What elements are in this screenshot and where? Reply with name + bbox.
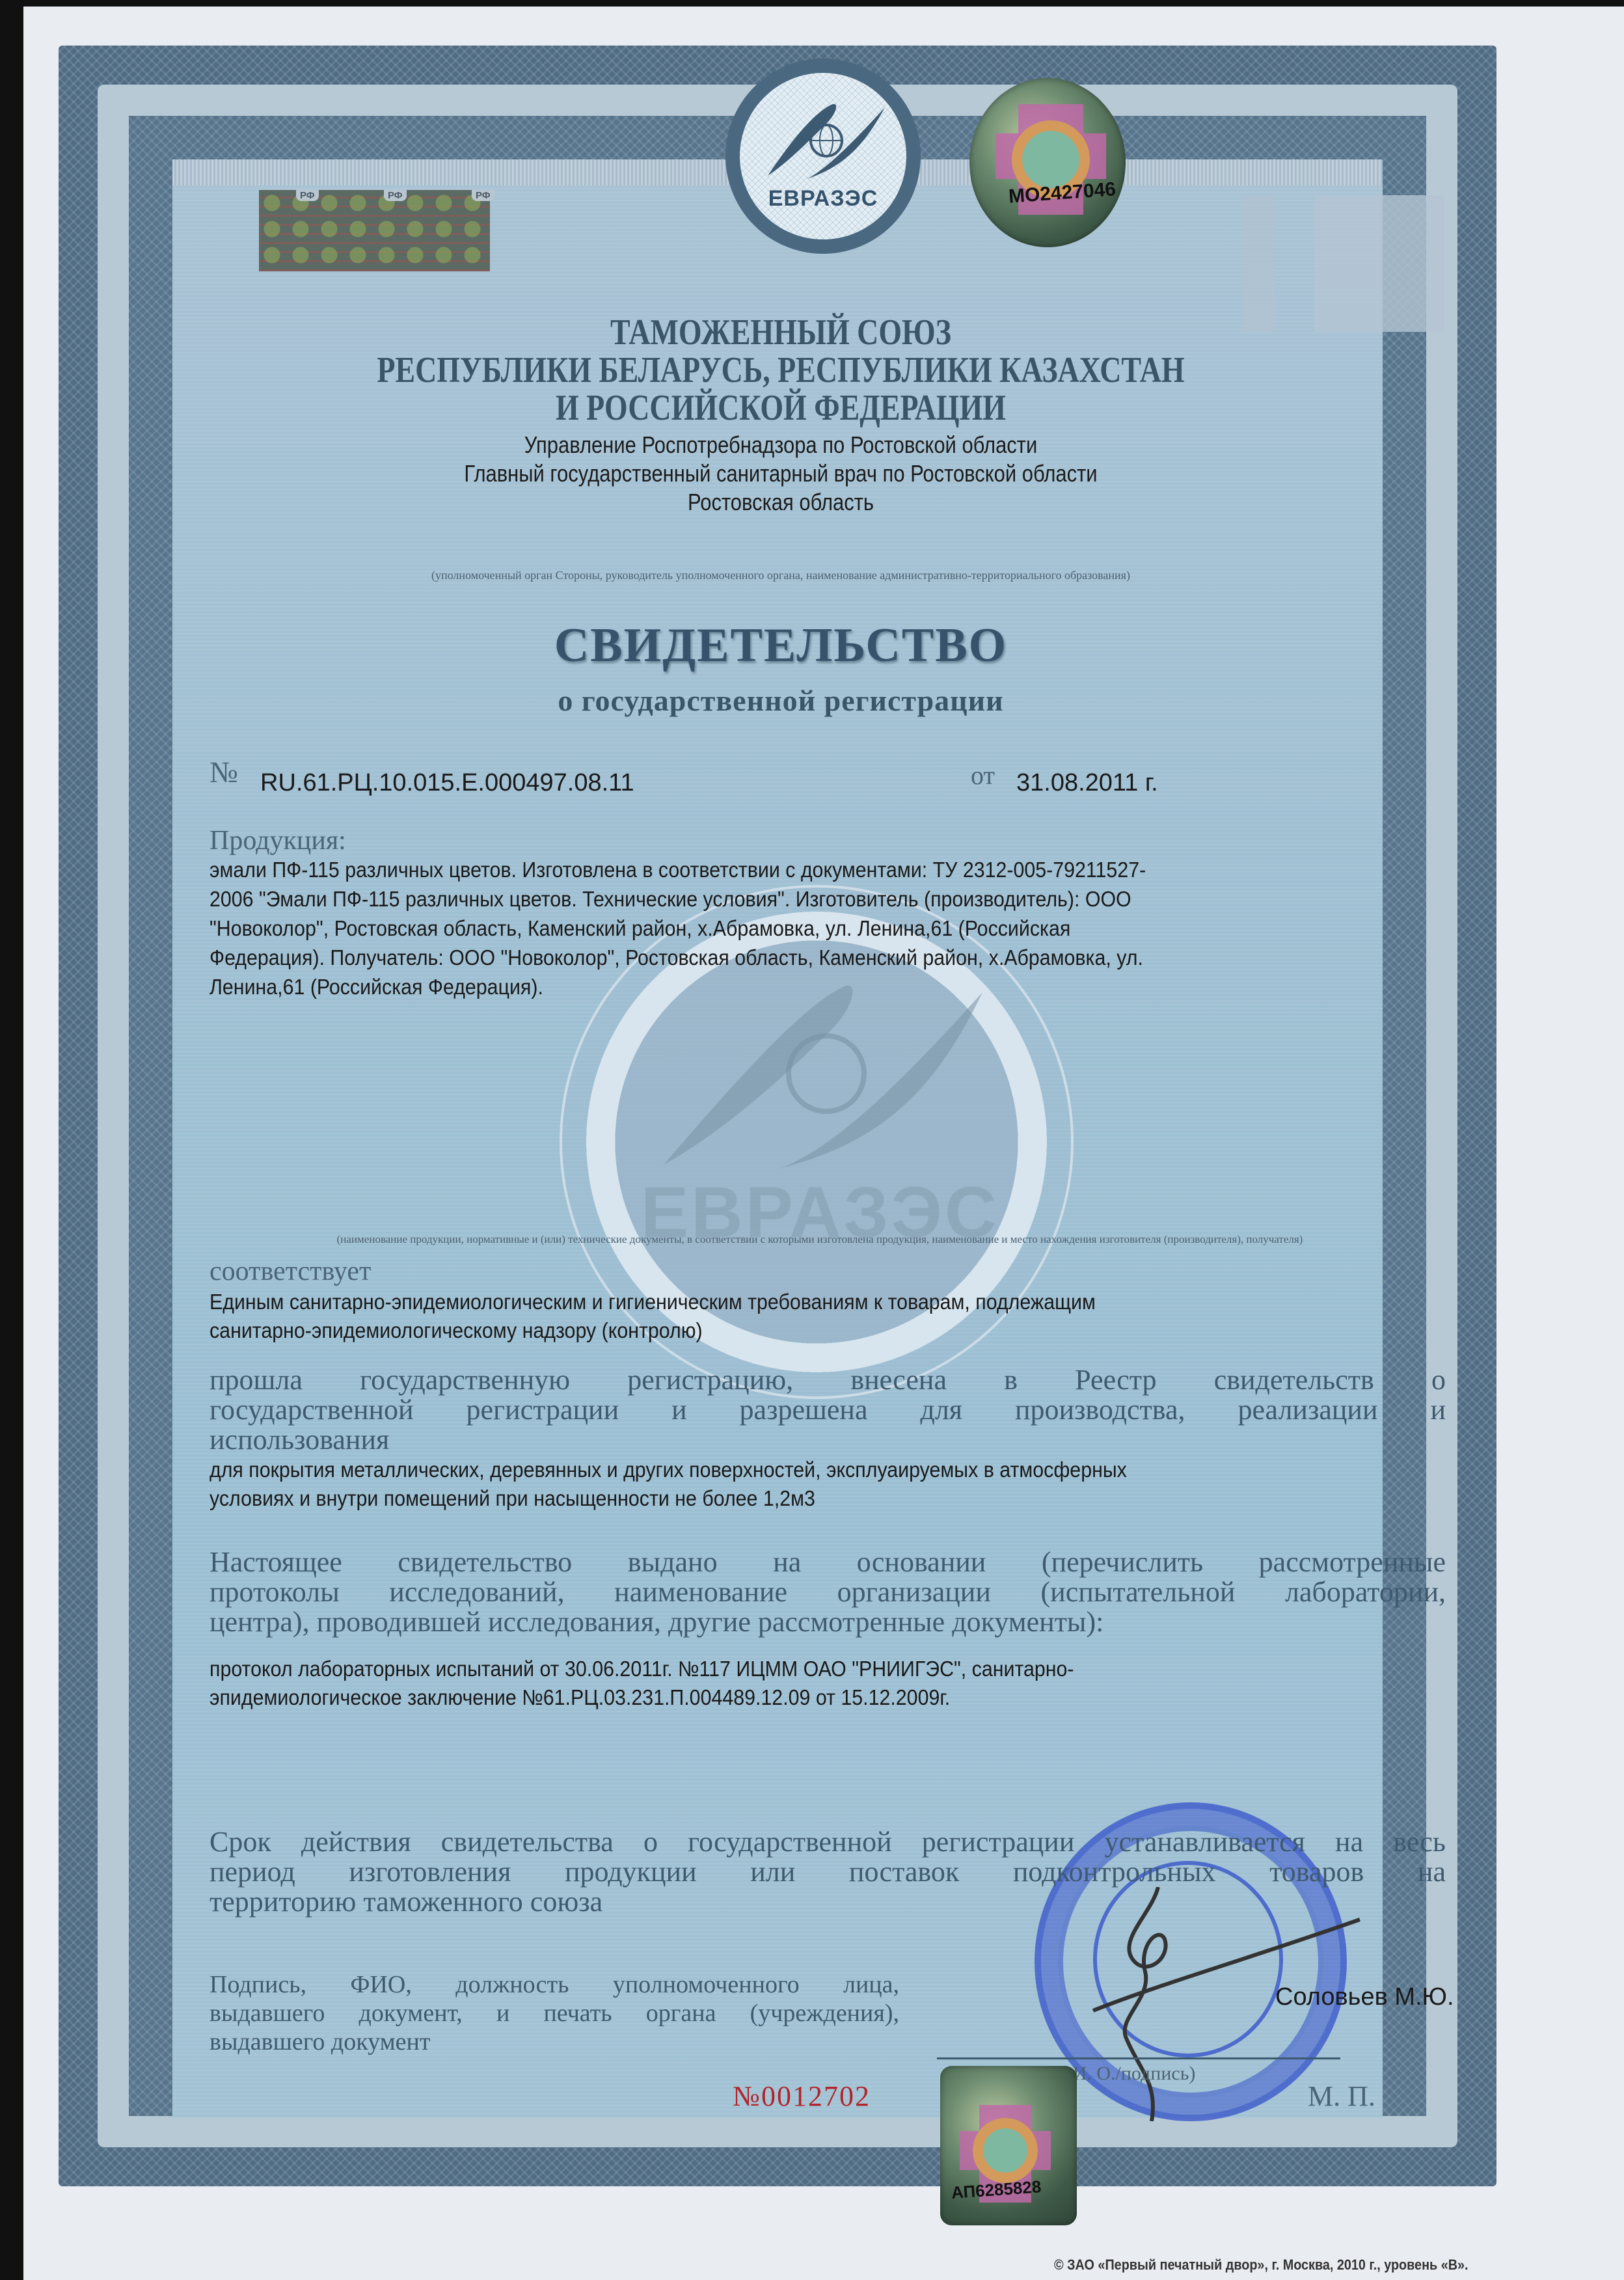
union-heading-line: РЕСПУБЛИКИ БЕЛАРУСЬ, РЕСПУБЛИКИ КАЗАХСТА… bbox=[301, 351, 1261, 389]
product-description-line: "Новоколор", Ростовская область, Каменск… bbox=[210, 914, 1407, 943]
product-description-line: эмали ПФ-115 различных цветов. Изготовле… bbox=[210, 855, 1407, 884]
hologram-strip-label: РФ bbox=[296, 190, 319, 201]
eaeu-logo-text: ЕВРАЗЭС bbox=[725, 186, 921, 211]
hologram-strip-label: РФ bbox=[472, 190, 494, 201]
product-description-line: Ленина,61 (Российская Федерация). bbox=[210, 972, 1407, 1001]
usage-line: условиях и внутри помещений при насыщенн… bbox=[210, 1484, 1407, 1513]
document-title: СВИДЕТЕЛЬСТВО bbox=[195, 618, 1366, 673]
authority-line: Главный государственный санитарный врач … bbox=[277, 459, 1284, 488]
registration-line: прошла государственную регистрацию, внес… bbox=[210, 1365, 1446, 1395]
union-heading-line: И РОССИЙСКОЙ ФЕДЕРАЦИИ bbox=[301, 389, 1261, 427]
decorative-panel bbox=[1243, 195, 1275, 332]
usage-line: для покрытия металлических, деревянных и… bbox=[210, 1455, 1407, 1484]
registration-line: использования bbox=[210, 1425, 1446, 1455]
eaeu-emblem-icon bbox=[755, 98, 891, 182]
product-caption: (наименование продукции, нормативные и (… bbox=[202, 1233, 1438, 1246]
signature-caption-line: выдавшего документ bbox=[210, 2028, 899, 2056]
hologram-strip bbox=[259, 190, 490, 271]
basis-document-line: протокол лабораторных испытаний от 30.06… bbox=[210, 1654, 1407, 1683]
signature-caption-line: Подпись, ФИО, должность уполномоченного … bbox=[210, 1970, 899, 1999]
authority-caption: (уполномоченный орган Стороны, руководит… bbox=[195, 569, 1366, 582]
authority-line: Управление Роспотребнадзора по Ростовско… bbox=[277, 431, 1284, 459]
document-subtitle: о государственной регистрации bbox=[195, 683, 1366, 718]
hologram-strip-label: РФ bbox=[384, 190, 407, 201]
decorative-panel bbox=[1314, 195, 1444, 332]
product-label: Продукция: bbox=[210, 825, 346, 856]
basis-line: Настоящее свидетельство выдано на основа… bbox=[210, 1547, 1446, 1577]
product-description-line: Федерация). Получатель: ООО "Новоколор",… bbox=[210, 943, 1407, 972]
basis-document-line: эпидемиологическое заключение №61.РЦ.03.… bbox=[210, 1683, 1407, 1712]
signature-caption-line: выдавшего документ, и печать органа (учр… bbox=[210, 1999, 899, 2028]
date-label: от bbox=[971, 760, 995, 791]
validity-line: Срок действия свидетельства о государств… bbox=[210, 1827, 1446, 1857]
union-heading-line: ТАМОЖЕННЫЙ СОЮЗ bbox=[301, 314, 1261, 351]
seal-place-mark: М. П. bbox=[1308, 2080, 1375, 2113]
certificate-number: RU.61.РЦ.10.015.Е.000497.08.11 bbox=[260, 769, 634, 797]
validity-line: период изготовления продукции или постав… bbox=[210, 1857, 1446, 1887]
compliance-label: соответствует bbox=[210, 1256, 371, 1287]
certificate-date: 31.08.2011 г. bbox=[1016, 769, 1158, 797]
signatory-name: Соловьев М.Ю. bbox=[1275, 1983, 1454, 2011]
form-serial-number: №0012702 bbox=[733, 2080, 871, 2113]
signature-line bbox=[937, 2057, 1340, 2059]
number-label: № bbox=[210, 755, 238, 789]
registration-line: государственной регистрации и разрешена … bbox=[210, 1395, 1446, 1425]
authority-line: Ростовская область bbox=[277, 488, 1284, 517]
basis-line: протоколы исследований, наименование орг… bbox=[210, 1577, 1446, 1607]
printer-copyright: © ЗАО «Первый печатный двор», г. Москва,… bbox=[1054, 2257, 1468, 2273]
compliance-line: Единым санитарно-эпидемиологическим и ги… bbox=[210, 1287, 1407, 1316]
basis-line: центра), проводившей исследования, други… bbox=[210, 1607, 1446, 1637]
watermark-eaeu-icon bbox=[651, 976, 989, 1171]
hologram-c-icon bbox=[973, 2118, 1038, 2183]
product-description-line: 2006 "Эмали ПФ-115 различных цветов. Тех… bbox=[210, 884, 1407, 914]
compliance-line: санитарно-эпидемиологическому надзору (к… bbox=[210, 1316, 1407, 1345]
